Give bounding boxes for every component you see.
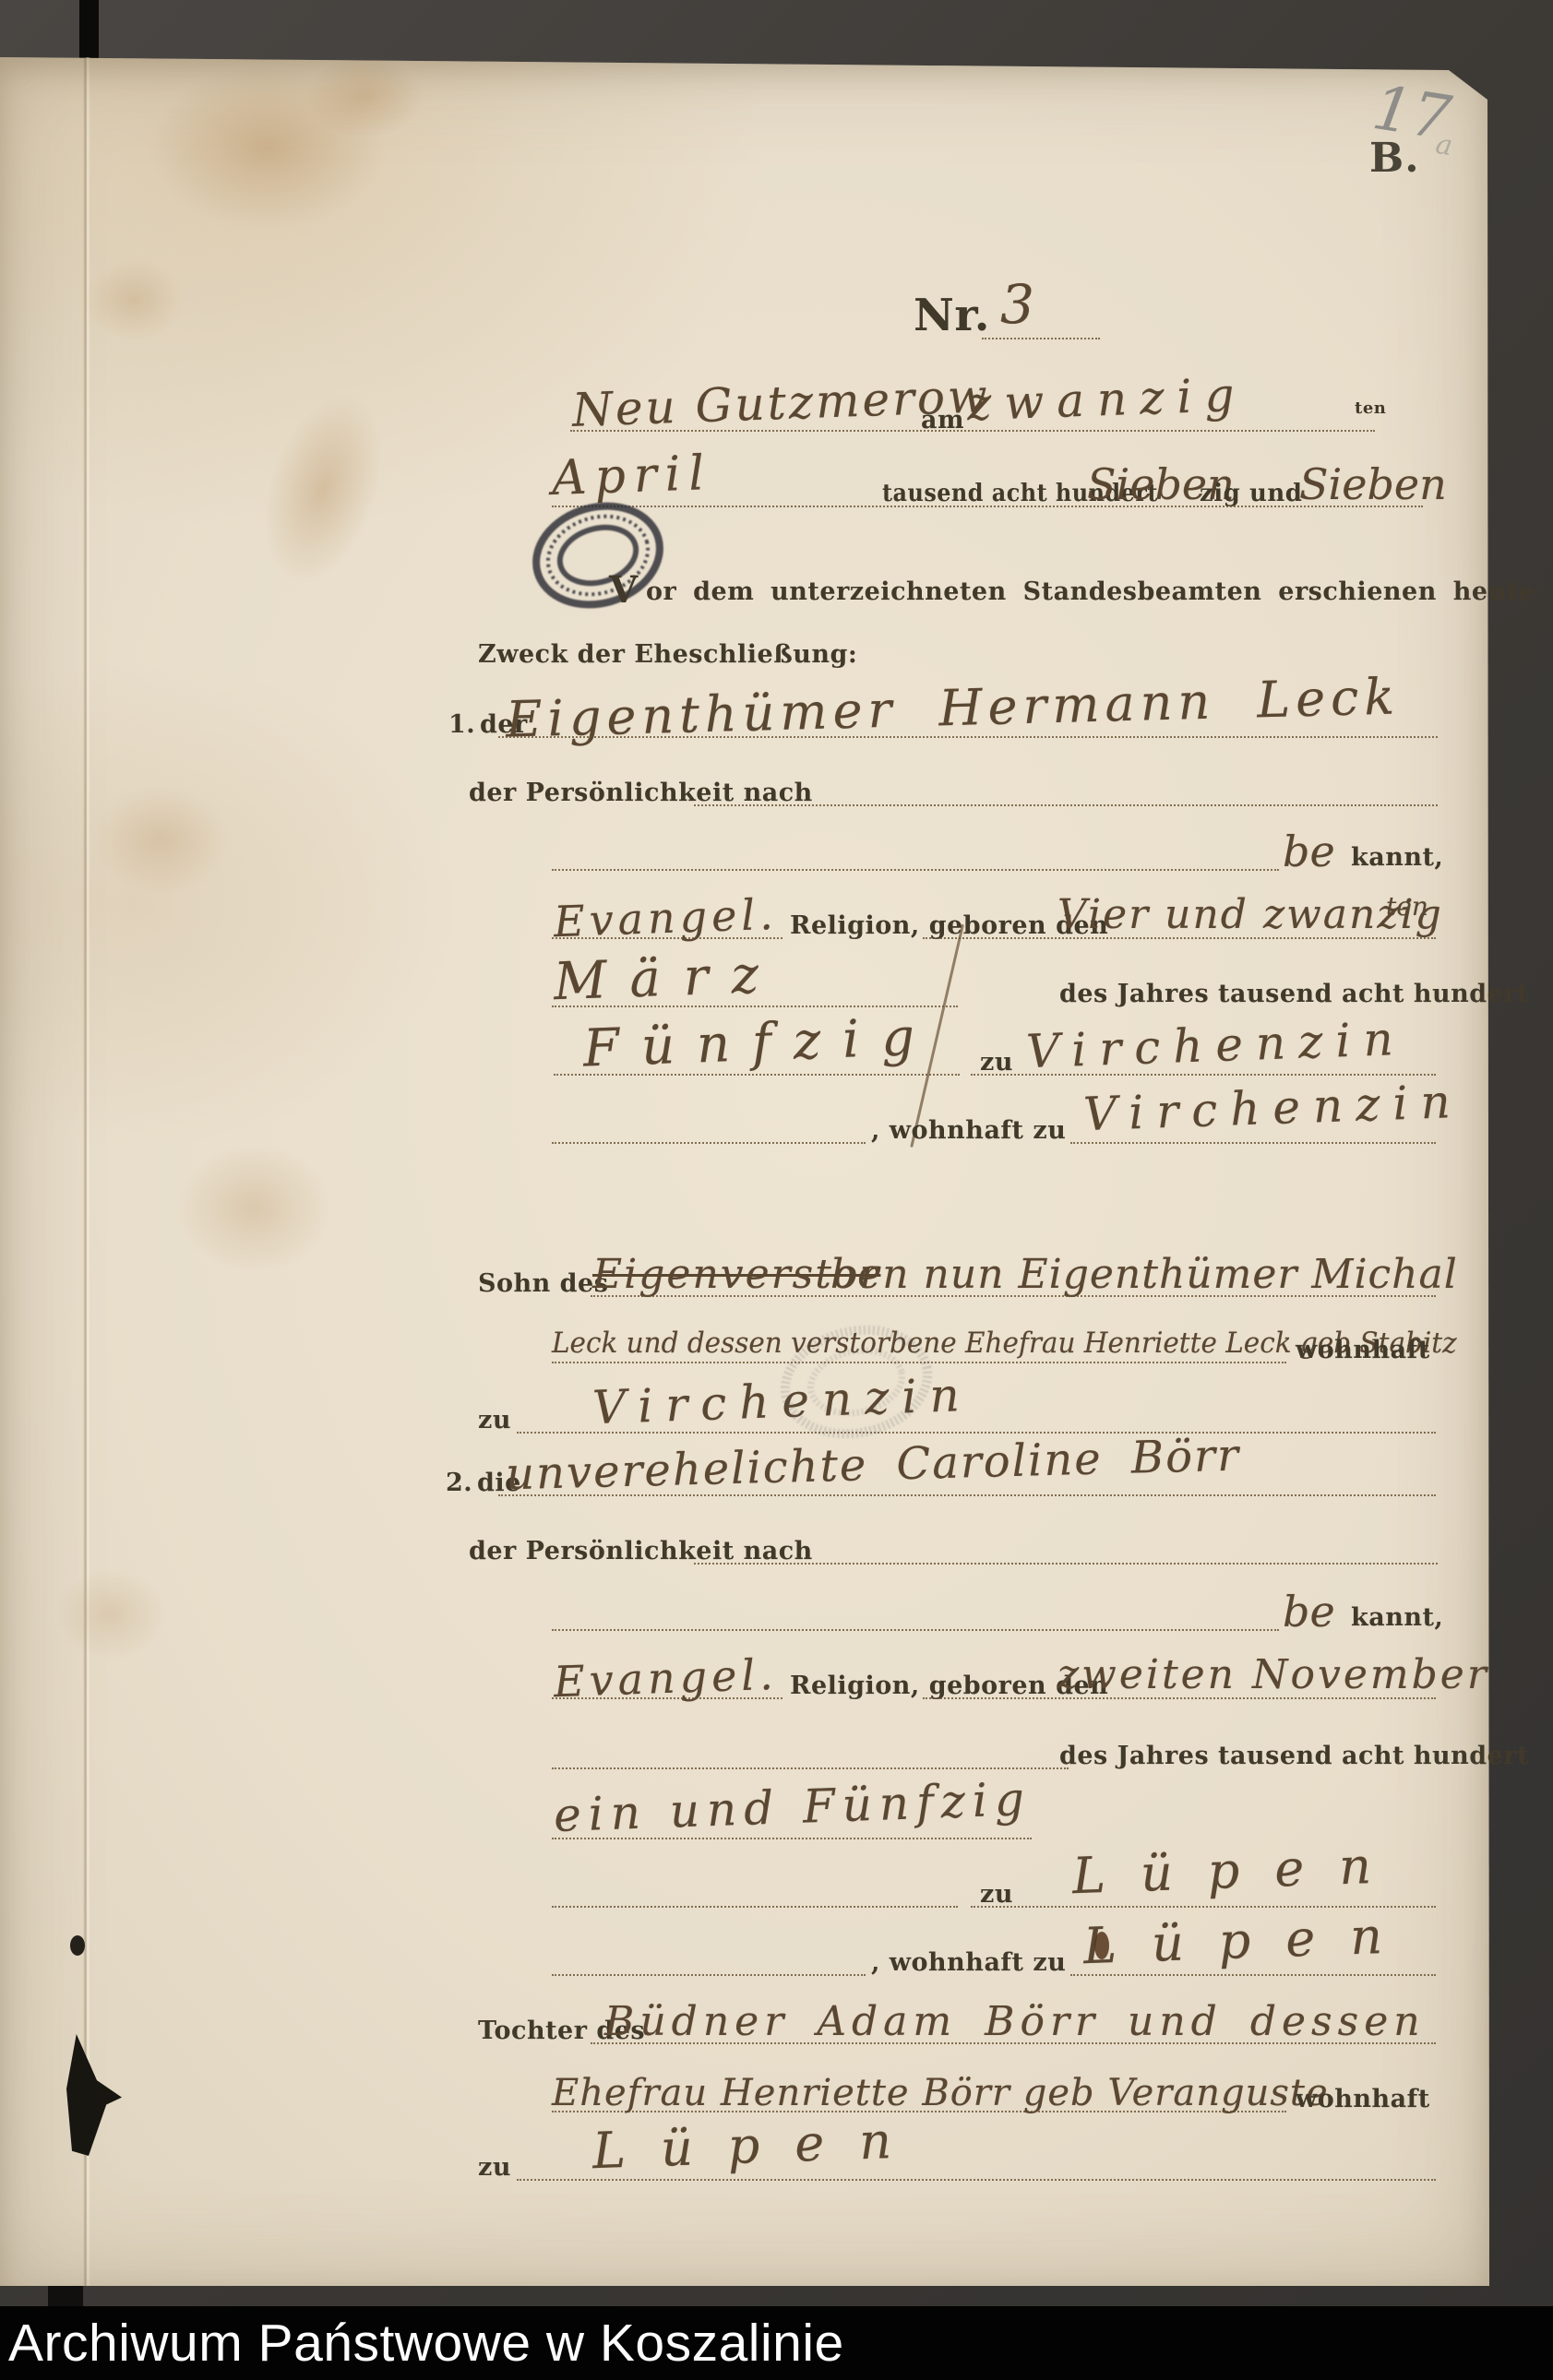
ink-blot xyxy=(1094,1932,1109,1959)
bride-birthplace-rule-left xyxy=(552,1906,958,1908)
groom-yearline-printed: des Jahres tausend acht hundert xyxy=(1059,980,1529,1008)
year-line-rule xyxy=(552,506,1423,507)
bride-name-rule xyxy=(498,1494,1436,1496)
bride-identity-printed: der Persönlichkeit nach xyxy=(469,1537,813,1565)
bride-index: 2. xyxy=(446,1469,472,1497)
groom-birthday-rule xyxy=(923,937,1436,939)
groom-residence-rule-left xyxy=(552,1142,866,1144)
groom-year-handwritten: Fünfzig xyxy=(582,1006,938,1078)
nr-rule xyxy=(982,338,1100,339)
nr-value-handwritten: 3 xyxy=(1000,273,1034,336)
groom-month-handwritten: März xyxy=(553,945,782,1013)
day-handwritten: zwanzig xyxy=(966,368,1248,432)
bride-bekannt-rule xyxy=(552,1629,1279,1631)
groom-parents-rule1 xyxy=(591,1295,1436,1297)
bride-parents-zu-printed: zu xyxy=(478,2153,511,2182)
bride-be-handwritten: be xyxy=(1283,1587,1335,1636)
bride-residence-handwritten: Lüpen xyxy=(1082,1906,1418,1976)
bride-parents-place-handwritten: Lüpen xyxy=(591,2111,927,2181)
groom-zu-printed: zu xyxy=(980,1048,1013,1077)
bride-identity-rule xyxy=(694,1563,1438,1565)
groom-identity-printed: der Persönlichkeit nach xyxy=(469,779,813,807)
printed-ten-suffix: ten xyxy=(1355,399,1386,418)
bride-birthdate-rule xyxy=(923,1697,1436,1699)
groom-index: 1. xyxy=(448,710,475,739)
bride-year-rule xyxy=(552,1838,1032,1839)
groom-identity-rule xyxy=(694,804,1438,806)
bride-zu-printed: zu xyxy=(980,1880,1013,1909)
printed-zig: zig xyxy=(1200,480,1240,507)
groom-resident-printed: , wohnhaft zu xyxy=(871,1116,1066,1145)
bride-kannt-printed: kannt, xyxy=(1351,1603,1443,1632)
bride-religion-rule xyxy=(552,1697,782,1699)
bride-resident-printed: , wohnhaft zu xyxy=(871,1948,1066,1977)
place-line-rule xyxy=(570,430,1375,432)
groom-birthday-suffix: ten xyxy=(1386,891,1428,922)
bride-parents-rule3 xyxy=(517,2179,1436,2181)
corner-letter: B. xyxy=(1369,135,1420,182)
groom-month-rule xyxy=(552,1006,958,1007)
groom-be-handwritten: be xyxy=(1283,827,1335,876)
bride-parents-rule1 xyxy=(591,2042,1436,2044)
bride-residence-rule-right xyxy=(1070,1974,1436,1976)
groom-parents-rule3 xyxy=(517,1432,1436,1434)
groom-religion-rule xyxy=(552,937,782,939)
groom-parents-printed: Sohn des xyxy=(478,1269,608,1298)
archive-bar: Archiwum Państwowe w Koszalinie xyxy=(0,2306,1553,2380)
groom-residence-rule-right xyxy=(1070,1142,1436,1144)
groom-birthplace-rule xyxy=(971,1074,1436,1076)
intro-line2: Zweck der Eheschließung: xyxy=(478,640,857,669)
year-ones-handwritten: Sieben xyxy=(1299,459,1447,509)
groom-kannt-printed: kannt, xyxy=(1351,843,1443,872)
groom-year-rule xyxy=(554,1074,960,1076)
bride-residence-rule-left xyxy=(552,1974,866,1976)
bride-yearline-rule xyxy=(552,1767,1069,1769)
groom-bekannt-rule xyxy=(552,869,1279,871)
groom-parents-zu-printed: zu xyxy=(478,1406,511,1434)
bride-parents-line1-handwritten: Büdner Adam Börr und dessen xyxy=(604,1998,1426,2045)
bride-parents-wohnhaft-printed: wohnhaft xyxy=(1296,2085,1430,2113)
intro-line1: or dem unterzeichneten Standesbeamten er… xyxy=(646,577,1553,606)
groom-parents-wohnhaft-printed: wohnhaft xyxy=(1296,1336,1430,1364)
bride-yearline-printed: des Jahres tausend acht hundert xyxy=(1059,1742,1529,1770)
binding-notch xyxy=(79,0,99,63)
archive-bar-label: Archiwum Państwowe w Koszalinie xyxy=(8,2306,844,2380)
bride-parents-line2-handwritten: Ehefrau Henriette Börr geb Veranguste xyxy=(552,2072,1329,2114)
bleed-stamp-icon xyxy=(773,1317,939,1446)
paper-hole xyxy=(70,1935,85,1956)
nr-label: Nr. xyxy=(914,290,990,341)
scanned-document-page: { "scan": { "pencil_number": "17", "penc… xyxy=(0,0,1553,2380)
groom-parents-rest-handwritten: ben nun Eigenthümer Michal xyxy=(830,1251,1458,1298)
intro-initial: V xyxy=(609,568,639,612)
bride-birthdate-handwritten: zweiten November xyxy=(1057,1651,1489,1698)
printed-und: und xyxy=(1249,480,1303,507)
bride-birthplace-handwritten: Lüpen xyxy=(1071,1836,1407,1906)
groom-name-rule xyxy=(498,736,1438,738)
